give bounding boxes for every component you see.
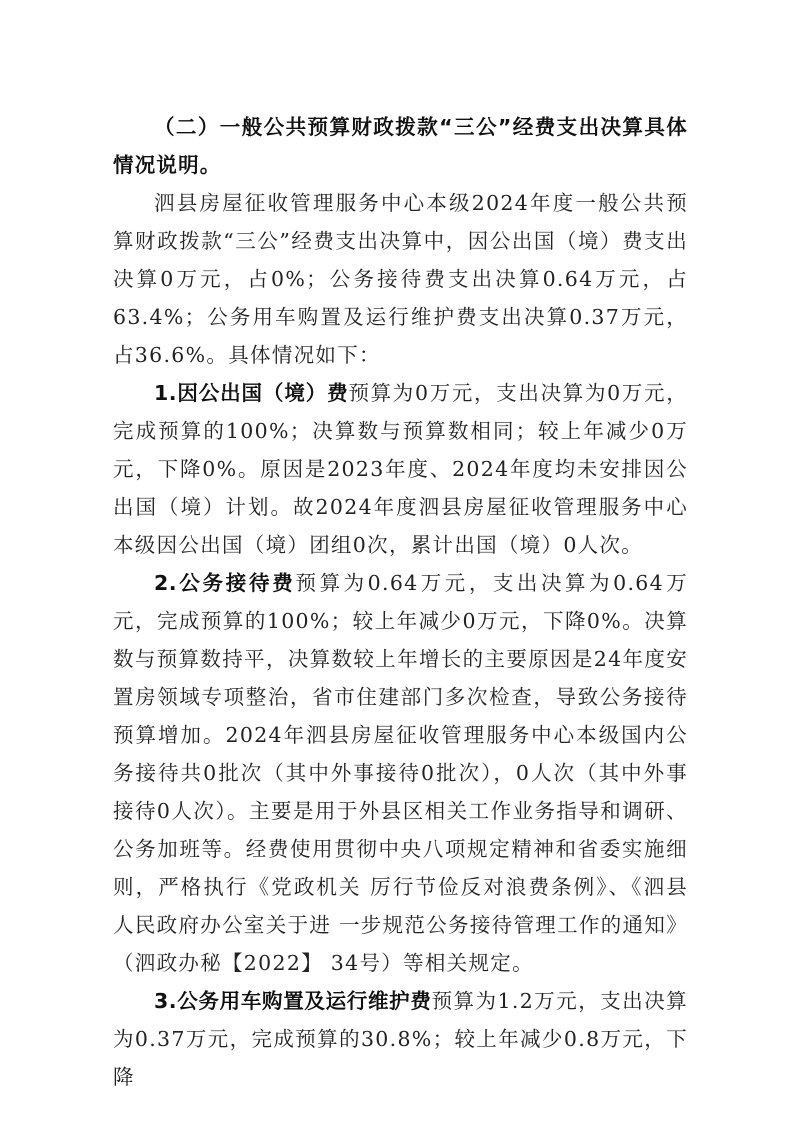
- document-page: （二）一般公共预算财政拨款“三公”经费支出决算具体情况说明。 泗县房屋征收管理服…: [113, 108, 688, 1096]
- item-lead-1: 1.因公出国（境）费: [154, 381, 348, 405]
- item-text-1: 预算为0万元，支出决算为0万元，完成预算的100%；决算数与预算数相同；较上年减…: [113, 381, 688, 557]
- item-paragraph-2: 2.公务接待费预算为0.64万元，支出决算为0.64万元，完成预算的100%；较…: [113, 564, 688, 982]
- item-paragraph-3: 3.公务用车购置及运行维护费预算为1.2万元，支出决算为0.37万元，完成预算的…: [113, 982, 688, 1096]
- item-text-2: 预算为0.64万元，支出决算为0.64万元，完成预算的100%；较上年减少0万元…: [113, 571, 688, 975]
- intro-paragraph: 泗县房屋征收管理服务中心本级2024年度一般公共预算财政拨款“三公”经费支出决算…: [113, 184, 688, 374]
- item-paragraph-1: 1.因公出国（境）费预算为0万元，支出决算为0万元，完成预算的100%；决算数与…: [113, 374, 688, 564]
- item-lead-3: 3.公务用车购置及运行维护费: [154, 989, 432, 1013]
- item-lead-2: 2.公务接待费: [154, 571, 296, 595]
- section-heading: （二）一般公共预算财政拨款“三公”经费支出决算具体情况说明。: [113, 108, 688, 184]
